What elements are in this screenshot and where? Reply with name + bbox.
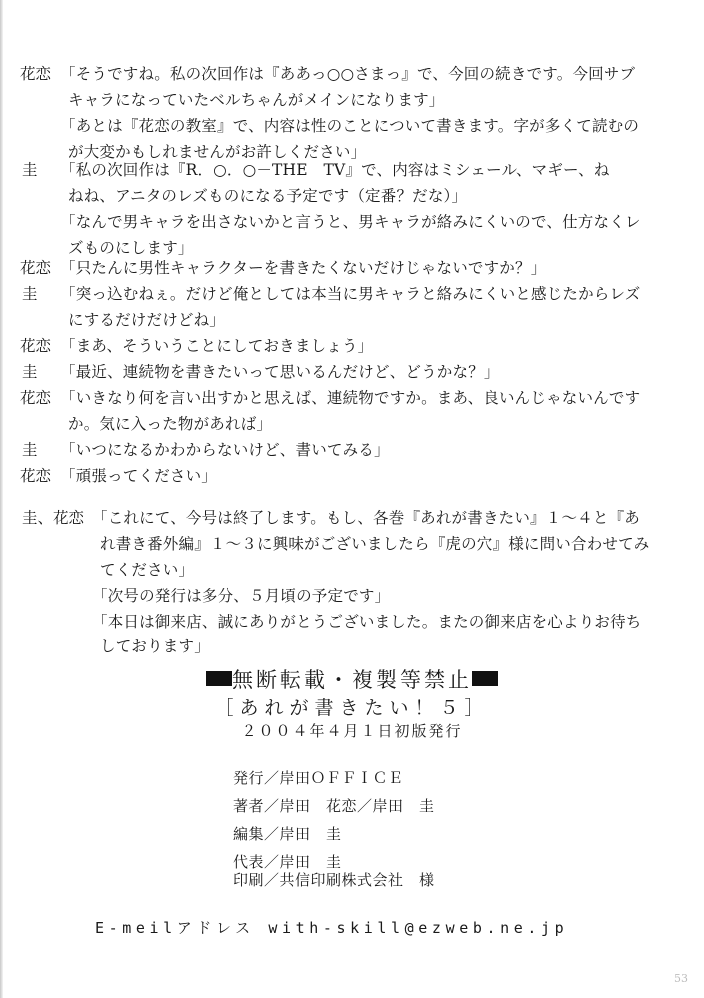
dialogue-line: 「そうですね。私の次回作は『ああっ○○さまっ』で、今回の続きです。今回サブ [60, 64, 635, 84]
dialogue-line: 「最近、連続物を書きたいって思いるんだけど、どうかな？」 [60, 362, 500, 382]
speaker-label: 花恋 [20, 258, 51, 278]
dialogue-line: キャラになっていたベルちゃんがメインになります」 [68, 90, 445, 110]
dialogue-line: 「なんで男キャラを出さないかと言うと、男キャラが絡みにくいので、仕方なくレ [60, 212, 641, 232]
dialogue-line: しております」 [100, 636, 210, 656]
black-bar-icon [206, 671, 232, 686]
scan-edge [0, 0, 3, 998]
dialogue-line: にするだけだけどね」 [68, 310, 225, 330]
page-number: 53 [674, 972, 688, 985]
black-bar-icon [472, 671, 498, 686]
dialogue-line: 「突っ込むねぇ。だけど俺としては本当に男キャラと絡みにくいと感じたからレズ [60, 284, 640, 304]
speaker-label: 花恋 [20, 388, 51, 408]
dialogue-line: 「まあ、そういうことにしておきましょう」 [60, 336, 373, 356]
publication-title: ［あれが書きたい！５］ [0, 693, 704, 720]
colophon-editor: 編集／岸田 圭 [233, 824, 342, 844]
speaker-label: 圭 [22, 362, 38, 382]
speaker-label: 花恋 [20, 64, 51, 84]
speaker-label: 花恋 [20, 466, 51, 486]
dialogue-line: てください」 [100, 560, 194, 580]
dialogue-line: ズものにします」 [68, 238, 194, 258]
speaker-label: 圭 [22, 440, 38, 460]
dialogue-line: 「本日は御来店、誠にありがとうございました。またの御来店を心よりお待ち [92, 612, 642, 632]
colophon-authors: 著者／岸田 花恋／岸田 圭 [233, 796, 435, 816]
notice-text: 無断転載・複製等禁止 [232, 668, 472, 692]
dialogue-line: 「私の次回作は『R．○．○－THE TV』で、内容はミシェール、マギー、ね [60, 160, 610, 180]
dialogue-line: が大変かもしれませんがお許しください」 [68, 142, 366, 162]
dialogue-line: か。気に入った物があれば」 [68, 414, 272, 434]
colophon-publisher: 発行／岸田ＯＦＦＩＣＥ [233, 768, 404, 788]
dialogue-line: 「頑張ってください」 [60, 466, 217, 486]
colophon-printer: 印刷／共信印刷株式会社 様 [233, 870, 435, 890]
dialogue-line: 「あとは『花恋の教室』で、内容は性のことについて書きます。字が多くて読むの [60, 116, 639, 136]
dialogue-line: 「次号の発行は多分、５月頃の予定です」 [92, 586, 390, 606]
dialogue-line: れ書き番外編』１～３に興味がございましたら『虎の穴』様に問い合わせてみ [100, 534, 650, 554]
dialogue-line: 「いつになるかわからないけど、書いてみる」 [60, 440, 390, 460]
publication-date: ２００４年４月１日初版発行 [0, 720, 704, 741]
speaker-label: 圭 [22, 160, 38, 180]
speaker-label: 花恋 [20, 336, 51, 356]
colophon-representative: 代表／岸田 圭 [233, 852, 342, 872]
dialogue-line: ねね、アニタのレズものになる予定です（定番？だな）」 [68, 186, 467, 206]
speaker-label: 圭、花恋 [22, 508, 84, 528]
speaker-label: 圭 [22, 284, 38, 304]
email-address: E-meilアドレス with-skill@ezweb.ne.jp [95, 917, 568, 938]
dialogue-line: 「これにて、今号は終了します。もし、各巻『あれが書きたい』１～４と『あ [92, 508, 640, 528]
copyright-notice: 無断転載・複製等禁止 [0, 664, 704, 694]
dialogue-line: 「只たんに男性キャラクターを書きたくないだけじゃないですか？」 [60, 258, 546, 278]
dialogue-line: 「いきなり何を言い出すかと思えば、連続物ですか。まあ、良いんじゃないんです [60, 388, 640, 408]
